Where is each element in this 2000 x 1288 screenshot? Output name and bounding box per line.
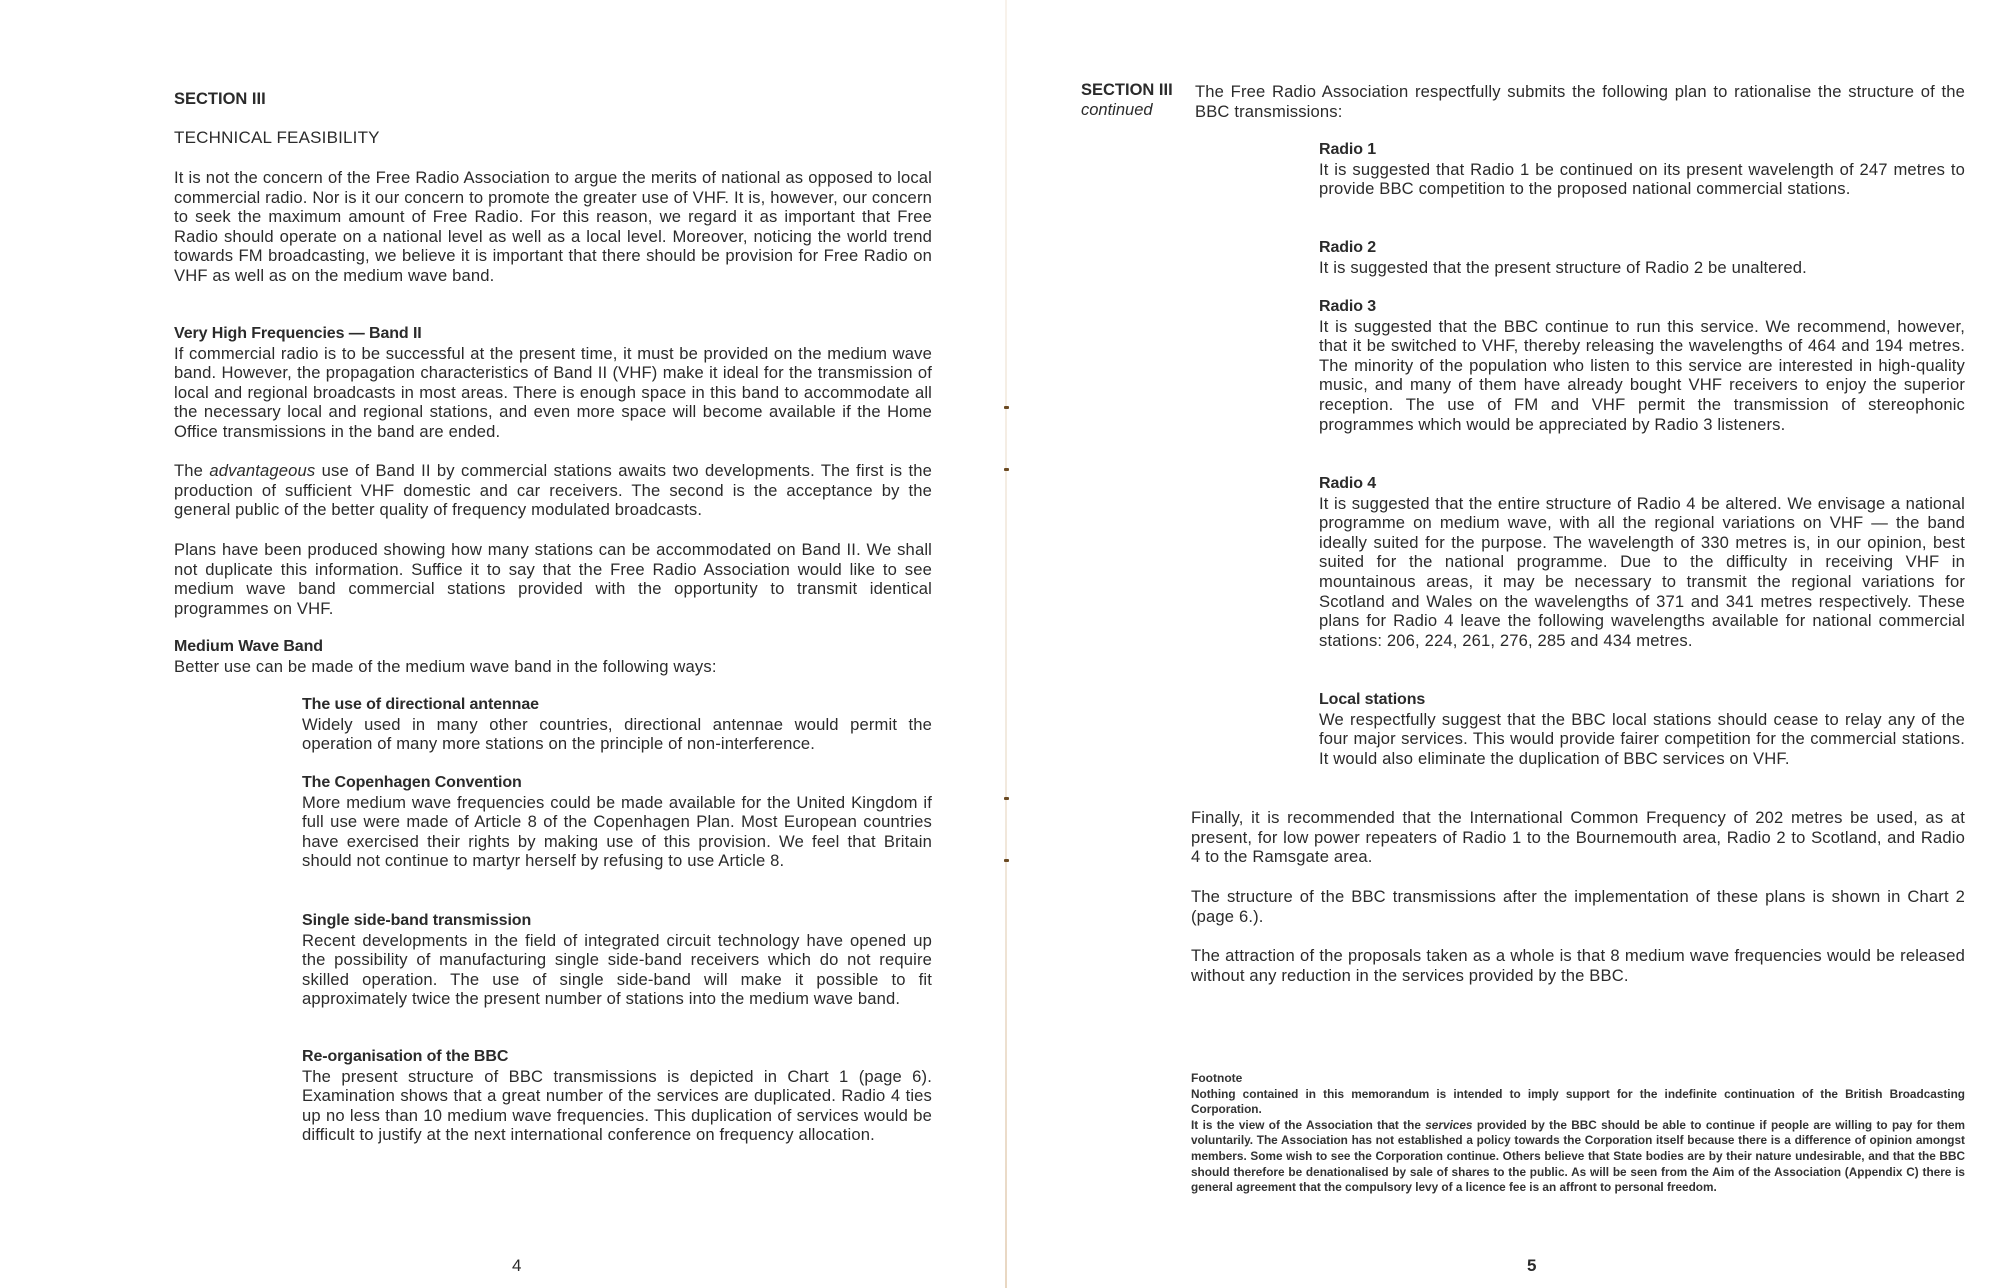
intro-paragraph: The Free Radio Association respectfully … — [1195, 82, 1965, 121]
item-heading: Radio 4 — [1319, 474, 1965, 494]
page-number: 5 — [1527, 1256, 1536, 1276]
emphasis-text: services — [1425, 1118, 1472, 1132]
item-heading: The use of directional antennae — [302, 695, 932, 715]
list-item: The Copenhagen Convention More medium wa… — [302, 773, 932, 871]
item-body: It is suggested that the entire structur… — [1319, 494, 1965, 651]
item-body: It is suggested that the BBC continue to… — [1319, 317, 1965, 435]
page-number: 4 — [512, 1256, 521, 1276]
intro-paragraph: It is not the concern of the Free Radio … — [174, 168, 932, 286]
footnote: Footnote Nothing contained in this memor… — [1191, 1071, 1965, 1196]
item-heading: The Copenhagen Convention — [302, 773, 932, 793]
vhf-paragraph-2: The advantageous use of Band II by comme… — [174, 461, 932, 520]
list-item-radio-1: Radio 1 It is suggested that Radio 1 be … — [1319, 140, 1965, 199]
subheading: Medium Wave Band — [174, 637, 932, 657]
item-body: We respectfully suggest that the BBC loc… — [1319, 710, 1965, 769]
item-heading: Re-organisation of the BBC — [302, 1047, 932, 1067]
subheading: Very High Frequencies — Band II — [174, 324, 932, 344]
paragraph-text: The attraction of the proposals taken as… — [1191, 946, 1965, 985]
item-body: Widely used in many other countries, dir… — [302, 715, 932, 754]
list-item: The use of directional antennae Widely u… — [302, 695, 932, 754]
paragraph-text: The Free Radio Association respectfully … — [1195, 82, 1965, 121]
staple-mark — [1004, 406, 1009, 409]
list-item: Single side-band transmission Recent dev… — [302, 911, 932, 1009]
medium-wave-section: Medium Wave Band Better use can be made … — [174, 637, 932, 676]
item-body: It is suggested that Radio 1 be continue… — [1319, 160, 1965, 199]
staple-mark — [1004, 797, 1009, 800]
structure-paragraph: The structure of the BBC transmissions a… — [1191, 887, 1965, 926]
section-label: SECTION III — [1081, 81, 1173, 101]
item-heading: Radio 3 — [1319, 297, 1965, 317]
list-item-radio-4: Radio 4 It is suggested that the entire … — [1319, 474, 1965, 650]
paragraph-text: The advantageous use of Band II by comme… — [174, 461, 932, 520]
item-body: More medium wave frequencies could be ma… — [302, 793, 932, 871]
list-item-radio-3: Radio 3 It is suggested that the BBC con… — [1319, 297, 1965, 434]
vhf-section: Very High Frequencies — Band II If comme… — [174, 324, 932, 442]
item-heading: Radio 1 — [1319, 140, 1965, 160]
paragraph-text: It is not the concern of the Free Radio … — [174, 168, 932, 286]
list-item-radio-2: Radio 2 It is suggested that the present… — [1319, 238, 1965, 277]
section-label: SECTION III — [174, 90, 266, 109]
item-body: Recent developments in the field of inte… — [302, 931, 932, 1009]
page-5: SECTION III continued The Free Radio Ass… — [1010, 0, 2000, 1288]
emphasis-text: advantageous — [209, 461, 315, 480]
section-continued-label: continued — [1081, 101, 1173, 121]
item-body: It is suggested that the present structu… — [1319, 258, 1965, 278]
vhf-paragraph-3: Plans have been produced showing how man… — [174, 540, 932, 618]
item-heading: Radio 2 — [1319, 238, 1965, 258]
paragraph-text: The structure of the BBC transmissions a… — [1191, 887, 1965, 926]
section-label-block: SECTION III continued — [1081, 81, 1173, 120]
list-item-local-stations: Local stations We respectfully suggest t… — [1319, 690, 1965, 768]
list-item: Re-organisation of the BBC The present s… — [302, 1047, 932, 1145]
item-heading: Single side-band transmission — [302, 911, 932, 931]
item-body: The present structure of BBC transmissio… — [302, 1067, 932, 1145]
paragraph-text: Plans have been produced showing how man… — [174, 540, 932, 618]
page-4: SECTION III TECHNICAL FEASIBILITY It is … — [0, 0, 1000, 1288]
footnote-text: It is the view of the Association that t… — [1191, 1118, 1965, 1196]
staple-mark — [1004, 859, 1009, 862]
section-title: TECHNICAL FEASIBILITY — [174, 128, 380, 148]
paragraph-text: Better use can be made of the medium wav… — [174, 657, 932, 677]
book-spine — [1005, 0, 1007, 1288]
paragraph-text: If commercial radio is to be successful … — [174, 344, 932, 442]
attraction-paragraph: The attraction of the proposals taken as… — [1191, 946, 1965, 985]
paragraph-text: Finally, it is recommended that the Inte… — [1191, 808, 1965, 867]
staple-mark — [1004, 468, 1009, 471]
finally-paragraph: Finally, it is recommended that the Inte… — [1191, 808, 1965, 867]
footnote-heading: Footnote — [1191, 1071, 1965, 1087]
item-heading: Local stations — [1319, 690, 1965, 710]
footnote-text: Nothing contained in this memorandum is … — [1191, 1087, 1965, 1118]
